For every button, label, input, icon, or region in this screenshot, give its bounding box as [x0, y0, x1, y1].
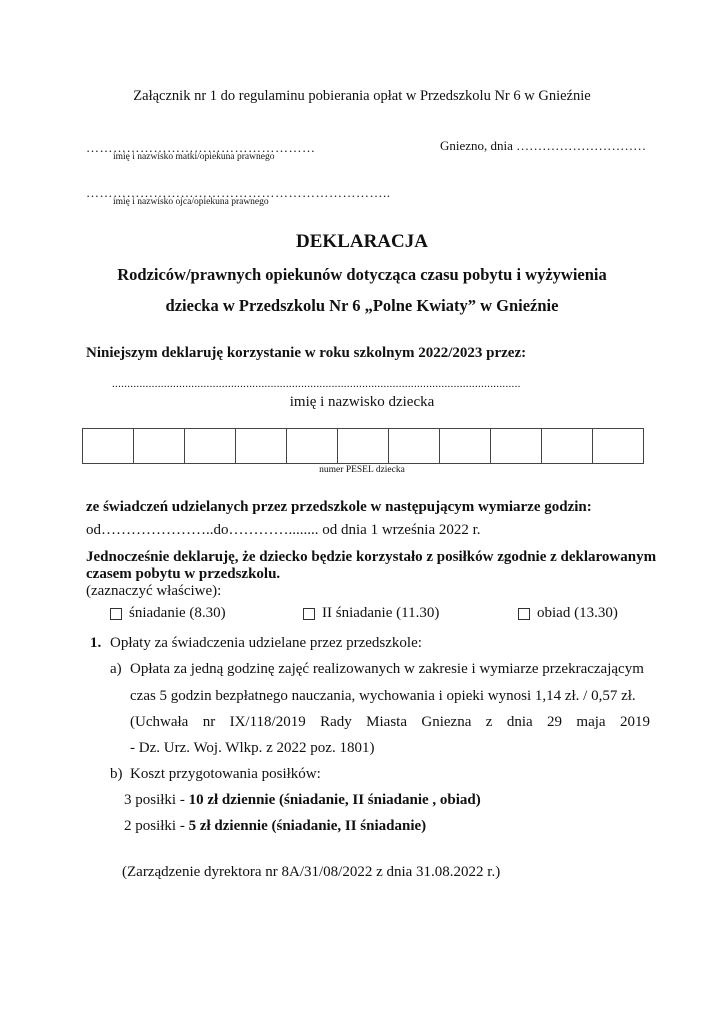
father-name-label: imię i nazwisko ojca/opiekuna prawnego	[113, 197, 269, 207]
fee-b-item-3-meals: 3 posiłki - 10 zł dziennie (śniadanie, I…	[124, 792, 481, 809]
word: maja	[576, 714, 605, 731]
checkbox-icon[interactable]	[518, 608, 530, 620]
meals-instruction: (zaznaczyć właściwe):	[86, 583, 221, 600]
meals-declaration-line1: Jednocześnie deklaruję, że dziecko będzi…	[86, 549, 656, 566]
word: dnia	[507, 714, 533, 731]
pesel-digit-cell[interactable]	[338, 429, 389, 463]
word: 29	[547, 714, 562, 731]
fee-a-line4: - Dz. Urz. Woj. Wlkp. z 2022 poz. 1801)	[130, 740, 374, 757]
word: (Uchwała	[130, 714, 188, 731]
meal-option-label: II śniadanie (11.30)	[322, 605, 439, 622]
fees-number: 1.	[90, 635, 101, 652]
meal-option-label: śniadanie (8.30)	[129, 605, 226, 622]
pesel-digit-cell[interactable]	[134, 429, 185, 463]
pesel-digit-cell[interactable]	[236, 429, 287, 463]
word: Miasta	[366, 714, 407, 731]
word: Gniezna	[421, 714, 471, 731]
fee-b-item-price: 10 zł dziennie (śniadanie, II śniadanie …	[189, 792, 481, 808]
meal-option-label: obiad (13.30)	[537, 605, 618, 622]
word: nr	[203, 714, 216, 731]
meal-option-lunch[interactable]: obiad (13.30)	[518, 605, 618, 622]
hours-range-field[interactable]: od…………………..do…………........ od dnia 1 wrze…	[86, 522, 481, 539]
word: IX/118/2019	[230, 714, 306, 731]
pesel-digit-cell[interactable]	[287, 429, 338, 463]
word: z	[486, 714, 493, 731]
pesel-digit-cell[interactable]	[440, 429, 491, 463]
declaration-subtitle-line2: dziecka w Przedszkolu Nr 6 „Polne Kwiaty…	[0, 296, 724, 316]
fee-b-item-prefix: 3 posiłki -	[124, 792, 189, 808]
child-name-label: imię i nazwisko dziecka	[0, 394, 724, 411]
pesel-digit-cell[interactable]	[83, 429, 134, 463]
hours-intro: ze świadczeń udzielanych przez przedszko…	[86, 499, 592, 516]
declaration-subtitle-line1: Rodziców/prawnych opiekunów dotycząca cz…	[0, 265, 724, 285]
pesel-digit-cell[interactable]	[542, 429, 593, 463]
meal-option-breakfast[interactable]: śniadanie (8.30)	[110, 605, 226, 622]
word: Rady	[320, 714, 352, 731]
child-intro: Niniejszym deklaruję korzystanie w roku …	[86, 345, 526, 362]
pesel-digit-cell[interactable]	[389, 429, 440, 463]
pesel-digit-cell[interactable]	[185, 429, 236, 463]
meals-declaration-line2: czasem pobytu w przedszkolu.	[86, 566, 280, 583]
place-date-field[interactable]: Gniezno, dnia …………………………	[440, 138, 646, 154]
checkbox-icon[interactable]	[110, 608, 122, 620]
fee-b-item-2-meals: 2 posiłki - 5 zł dziennie (śniadanie, II…	[124, 818, 426, 835]
declaration-title: DEKLARACJA	[0, 231, 724, 253]
mother-name-label: imię i nazwisko matki/opiekuna prawnego	[113, 152, 274, 162]
fee-b-item-prefix: 2 posiłki -	[124, 818, 189, 834]
fee-a-line1: Opłata za jedną godzinę zajęć realizowan…	[130, 661, 644, 678]
fee-b-item-price: 5 zł dziennie (śniadanie, II śniadanie)	[189, 818, 427, 834]
pesel-label: numer PESEL dziecka	[0, 465, 724, 475]
meal-option-second-breakfast[interactable]: II śniadanie (11.30)	[303, 605, 439, 622]
word: 2019	[620, 714, 650, 731]
child-name-field[interactable]: ........................................…	[112, 378, 521, 390]
fee-a-line3: (UchwałanrIX/118/2019RadyMiastaGnieznazd…	[130, 714, 650, 731]
fee-a-line2: czas 5 godzin bezpłatnego nauczania, wyc…	[130, 688, 636, 705]
pesel-digit-cell[interactable]	[593, 429, 643, 463]
fee-b-marker: b)	[110, 766, 123, 783]
footnote: (Zarządzenie dyrektora nr 8A/31/08/2022 …	[122, 864, 500, 881]
fees-heading: Opłaty za świadczenia udzielane przez pr…	[110, 635, 422, 652]
attachment-title: Załącznik nr 1 do regulaminu pobierania …	[0, 88, 724, 105]
pesel-digit-cell[interactable]	[491, 429, 542, 463]
pesel-grid	[82, 428, 644, 464]
fee-b-heading: Koszt przygotowania posiłków:	[130, 766, 321, 783]
fee-a-marker: a)	[110, 661, 122, 678]
checkbox-icon[interactable]	[303, 608, 315, 620]
